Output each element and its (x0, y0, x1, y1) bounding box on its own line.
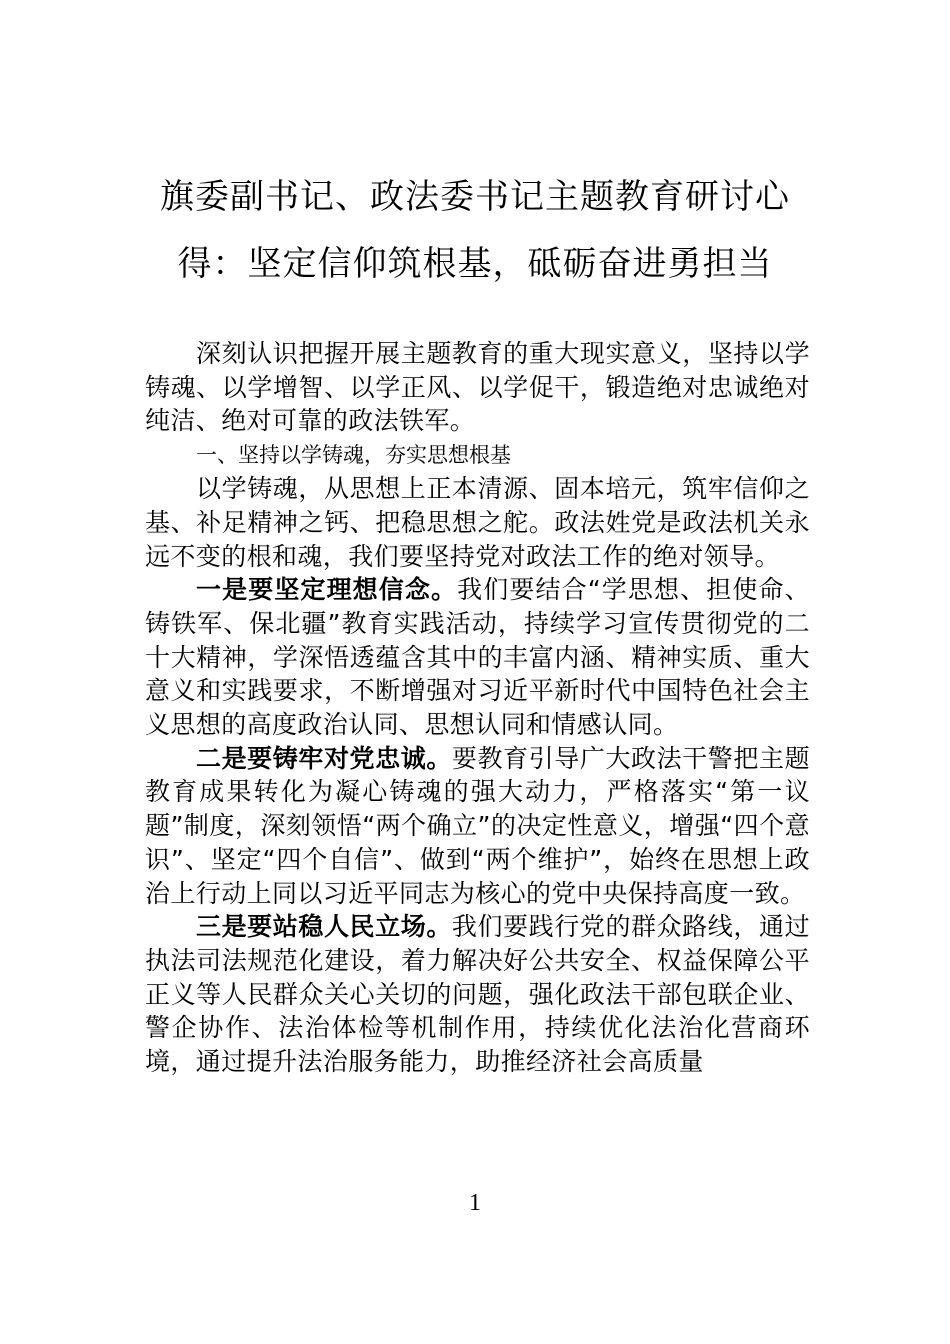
point-paragraph-2: 二是要铸牢对党忠诚。要教育引导广大政法干警把主题教育成果转化为凝心铸魂的强大动力… (145, 742, 810, 911)
section-heading-1: 一、坚持以学铸魂，夯实思想根基 (145, 438, 810, 472)
document-title-line-1: 旗委副书记、政法委书记主题教育研讨心 (140, 180, 810, 214)
point-paragraph-3: 三是要站稳人民立场。我们要践行党的群众路线，通过执法司法规范化建设，着力解决好公… (145, 910, 810, 1079)
document-title-line-2: 得：坚定信仰筑根基，砥砺奋进勇担当 (140, 247, 810, 281)
page-number: 1 (0, 1190, 950, 1217)
point-paragraph-1: 一是要坚定理想信念。我们要结合“学思想、担使命、铸铁军、保北疆”教育实践活动，持… (145, 573, 810, 742)
section-intro-paragraph: 以学铸魂，从思想上正本清源、固本培元，筑牢信仰之基、补足精神之钙、把稳思想之舵。… (145, 472, 810, 573)
document-page: 旗委副书记、政法委书记主题教育研讨心 得：坚定信仰筑根基，砥砺奋进勇担当 深刻认… (0, 0, 950, 1344)
point-lead-3: 三是要站稳人民立场。 (196, 912, 452, 941)
point-lead-2: 二是要铸牢对党忠诚。 (196, 744, 452, 773)
document-body: 深刻认识把握开展主题教育的重大现实意义，坚持以学铸魂、以学增智、以学正风、以学促… (145, 337, 810, 1079)
intro-paragraph: 深刻认识把握开展主题教育的重大现实意义，坚持以学铸魂、以学增智、以学正风、以学促… (145, 337, 810, 438)
point-lead-1: 一是要坚定理想信念。 (196, 575, 457, 604)
